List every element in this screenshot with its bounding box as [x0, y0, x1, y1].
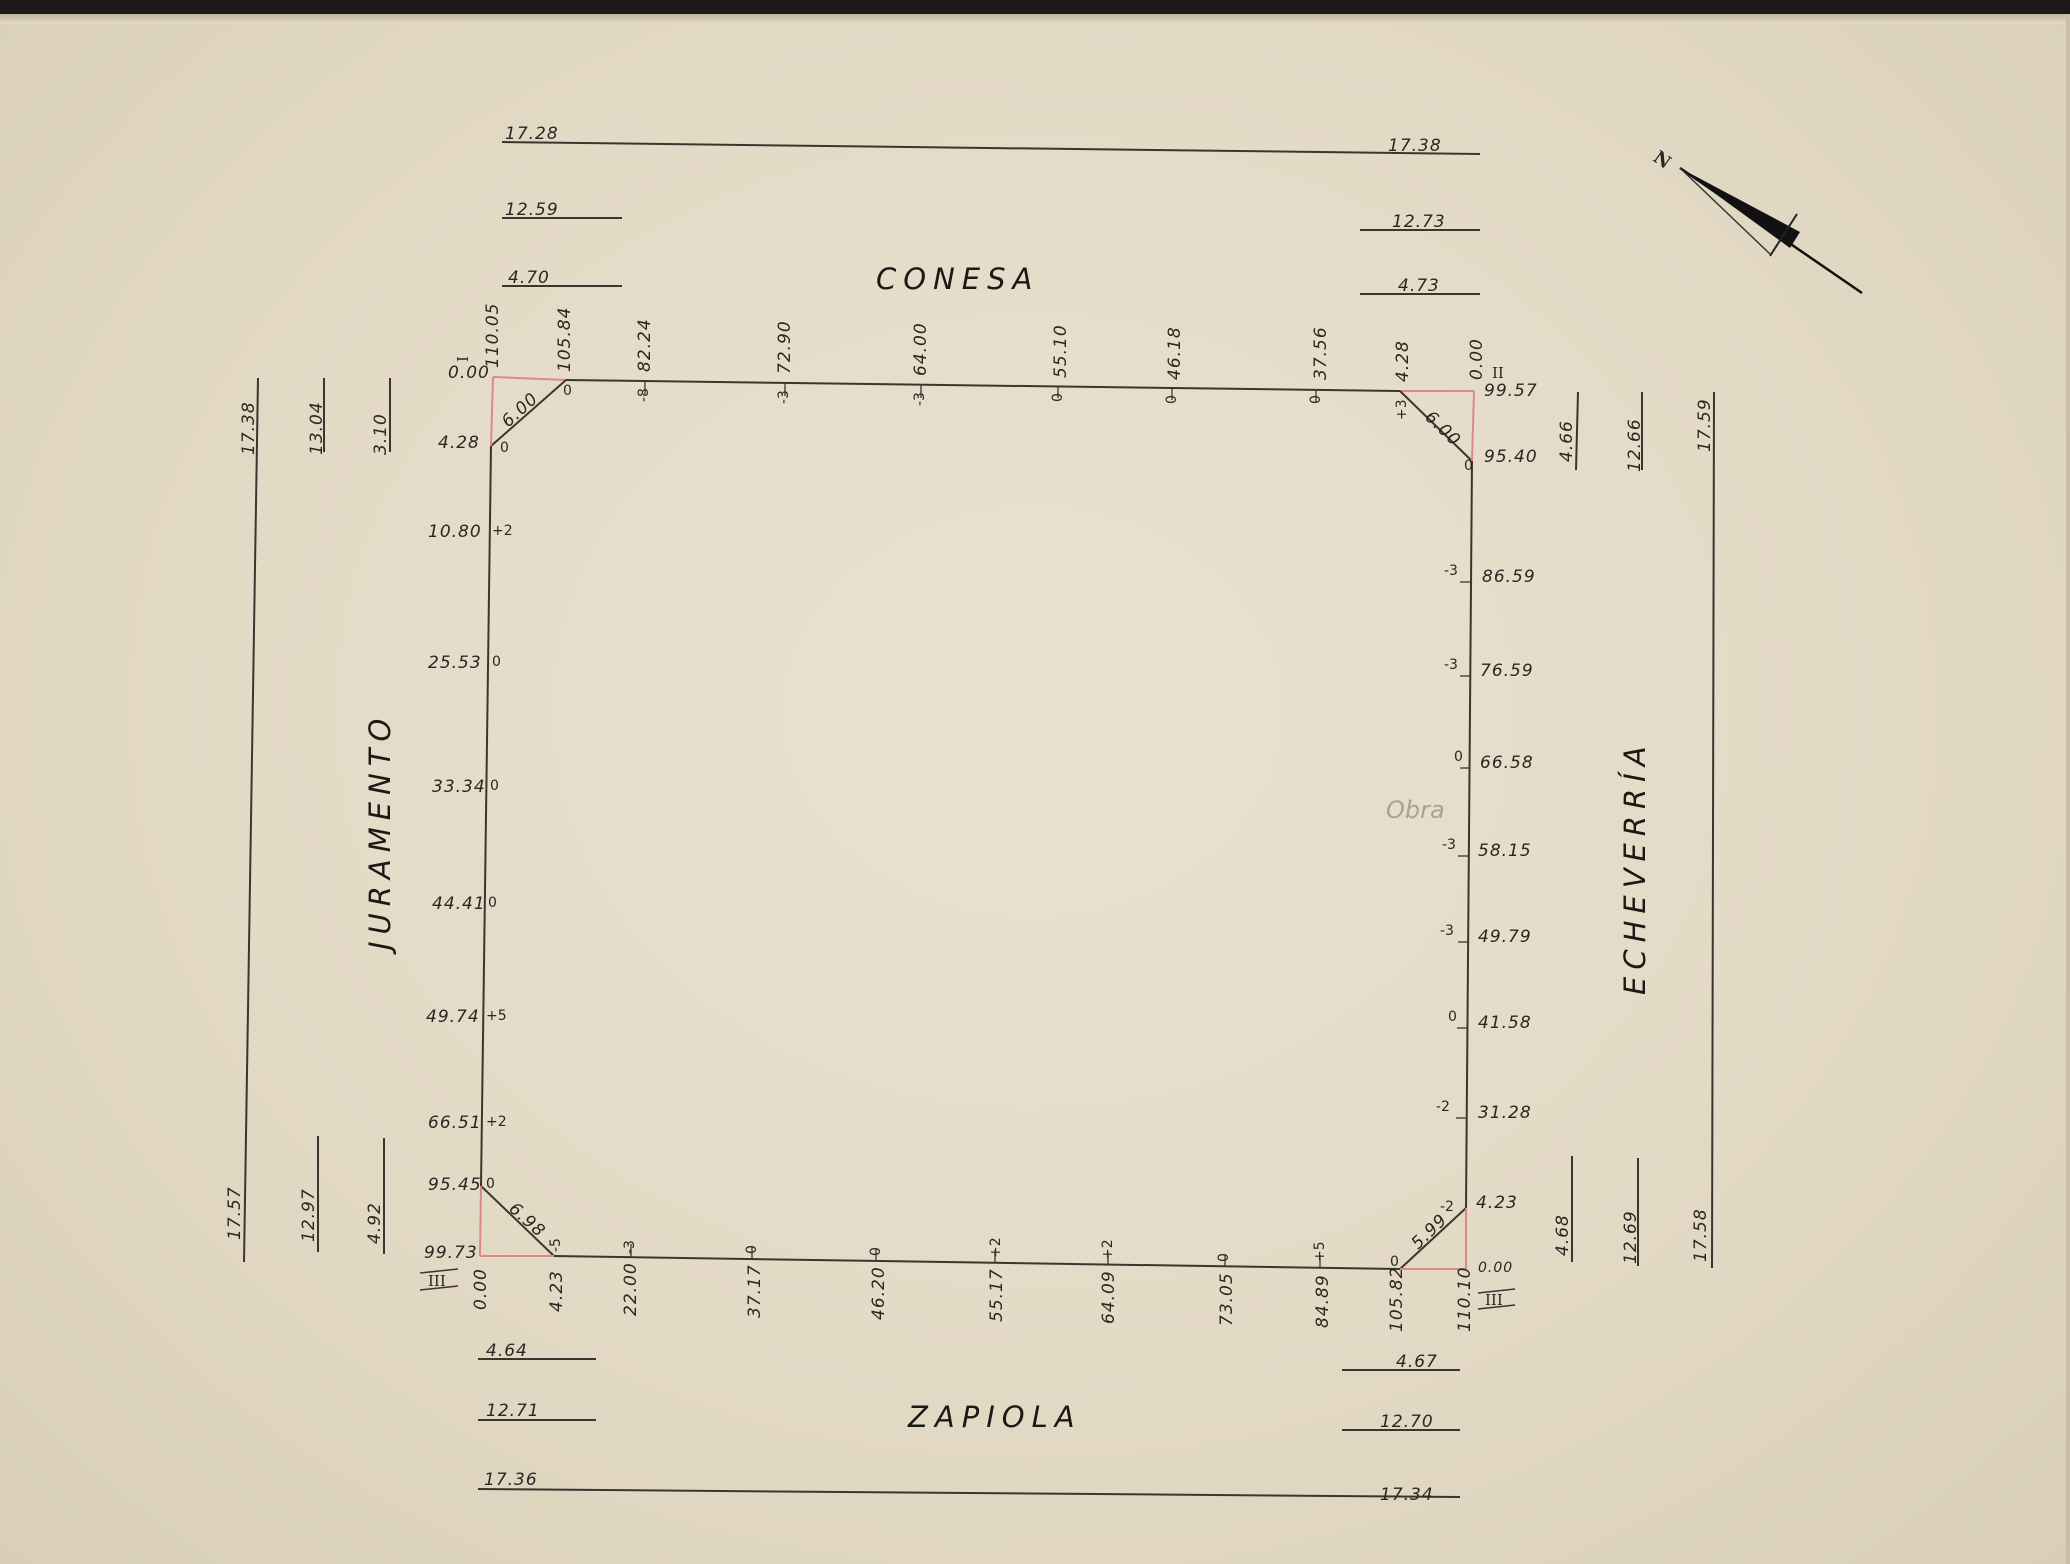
svg-text:46.18: 46.18	[1165, 326, 1185, 380]
corner-label-I: I	[454, 356, 472, 362]
svg-text:0: 0	[490, 778, 499, 794]
svg-text:64.00: 64.00	[911, 322, 931, 376]
svg-text:-3: -3	[1444, 563, 1458, 579]
svg-text:99.57: 99.57	[1484, 381, 1538, 401]
svg-text:105.82: 105.82	[1387, 1267, 1407, 1332]
svg-text:0: 0	[1454, 749, 1463, 765]
svg-text:0: 0	[488, 895, 497, 911]
svg-text:86.59: 86.59	[1482, 567, 1536, 587]
west-edge-stations: 4.28 0 10.80 +2 25.53 0 33.34 0 44.41 0 …	[424, 433, 549, 1263]
svg-text:0: 0	[1216, 1253, 1232, 1262]
svg-text:17.36: 17.36	[484, 1470, 538, 1490]
svg-text:N: N	[1649, 147, 1675, 174]
svg-text:4.68: 4.68	[1553, 1214, 1573, 1256]
svg-text:37.56: 37.56	[1311, 326, 1331, 380]
svg-text:0.00: 0.00	[1478, 1260, 1513, 1276]
svg-text:66.58: 66.58	[1480, 753, 1534, 773]
block-outline	[480, 377, 1474, 1269]
south-edge-stations: 0.00 4.23 -5 22.00 -3 37.17 0 46.20 0 55…	[471, 1237, 1475, 1332]
chamfer-sw: 6.98	[505, 1199, 549, 1242]
chamfer-nw: 6.00	[498, 389, 542, 432]
street-name-north: CONESA	[876, 262, 1039, 296]
svg-text:22.00: 22.00	[621, 1262, 641, 1316]
chamfer-ne: 6.00	[1421, 407, 1465, 450]
svg-text:84.89: 84.89	[1313, 1274, 1333, 1328]
svg-text:4.28: 4.28	[438, 433, 480, 453]
svg-text:4.67: 4.67	[1396, 1352, 1438, 1372]
svg-text:49.79: 49.79	[1478, 927, 1532, 947]
svg-text:12.71: 12.71	[486, 1401, 540, 1421]
obra-note: Obra	[1386, 796, 1445, 824]
survey-plan: 17.28 17.38 12.59 12.73 4.70 4.73 CONESA…	[0, 0, 2070, 1564]
north-edge-stations: 0.00 110.05 105.84 0 82.24 -8 72.90 -3 6…	[448, 303, 1487, 451]
east-edge-stations: 99.57 95.40 0 86.59 -3 76.59 -3 66.58 0 …	[1408, 381, 1538, 1276]
svg-text:17.34: 17.34	[1380, 1485, 1434, 1505]
corner-label-II: II	[1492, 364, 1504, 382]
svg-text:0.00: 0.00	[471, 1268, 491, 1310]
svg-text:-8: -8	[636, 388, 652, 402]
svg-text:4.28: 4.28	[1393, 340, 1413, 382]
svg-text:55.10: 55.10	[1051, 324, 1071, 378]
svg-text:0: 0	[500, 440, 509, 456]
svg-text:-3: -3	[776, 390, 792, 404]
svg-text:+5: +5	[486, 1008, 507, 1024]
svg-text:-2: -2	[1436, 1099, 1450, 1115]
svg-text:-3: -3	[1440, 923, 1454, 939]
svg-text:0: 0	[492, 654, 501, 670]
street-name-south: ZAPIOLA	[907, 1400, 1082, 1434]
svg-text:4.66: 4.66	[1557, 420, 1577, 462]
svg-text:82.24: 82.24	[635, 318, 655, 372]
svg-text:4.64: 4.64	[486, 1341, 528, 1361]
svg-text:58.15: 58.15	[1478, 841, 1532, 861]
svg-text:76.59: 76.59	[1480, 661, 1534, 681]
svg-text:+2: +2	[492, 523, 513, 539]
svg-text:17.38: 17.38	[239, 401, 259, 455]
svg-text:10.80: 10.80	[428, 522, 482, 542]
svg-text:12.70: 12.70	[1380, 1412, 1434, 1432]
svg-text:4.92: 4.92	[365, 1202, 385, 1244]
svg-text:73.05: 73.05	[1217, 1272, 1237, 1326]
svg-text:99.73: 99.73	[424, 1243, 478, 1263]
svg-text:4.23: 4.23	[547, 1270, 567, 1312]
svg-text:0: 0	[1464, 458, 1473, 474]
corner-label-III-left: III	[420, 1269, 458, 1290]
svg-text:41.58: 41.58	[1478, 1013, 1532, 1033]
svg-text:55.17: 55.17	[987, 1268, 1007, 1322]
chamfer-se: 5.99	[1408, 1210, 1452, 1253]
width-north-right-3: 4.73	[1398, 276, 1440, 296]
svg-text:64.09: 64.09	[1099, 1270, 1119, 1324]
svg-text:17.58: 17.58	[1691, 1208, 1711, 1262]
svg-text:4.23: 4.23	[1476, 1193, 1518, 1213]
svg-text:49.74: 49.74	[426, 1007, 480, 1027]
svg-text:44.41: 44.41	[432, 894, 486, 914]
width-north-left-2: 12.59	[505, 200, 559, 220]
svg-text:0: 0	[563, 383, 572, 399]
svg-text:33.34: 33.34	[432, 777, 486, 797]
svg-text:110.05: 110.05	[483, 303, 503, 368]
svg-text:+3: +3	[1394, 399, 1410, 420]
svg-text:12.97: 12.97	[299, 1188, 319, 1242]
width-north-right-1: 17.38	[1388, 136, 1442, 156]
svg-text:12.66: 12.66	[1625, 418, 1645, 472]
svg-text:0.00: 0.00	[1467, 338, 1487, 380]
svg-text:110.10: 110.10	[1455, 1267, 1475, 1332]
width-north-right-2: 12.73	[1392, 212, 1446, 232]
svg-text:+2: +2	[988, 1237, 1004, 1258]
street-name-west: JURAMENTO	[363, 712, 397, 955]
svg-text:-3: -3	[1444, 657, 1458, 673]
svg-text:37.17: 37.17	[745, 1264, 765, 1318]
svg-text:31.28: 31.28	[1478, 1103, 1532, 1123]
svg-text:66.51: 66.51	[428, 1113, 482, 1133]
svg-text:17.59: 17.59	[1695, 398, 1715, 452]
street-name-east: ECHEVERRÍA	[1618, 739, 1652, 995]
corner-label-III-right: III	[1478, 1289, 1515, 1309]
svg-text:95.40: 95.40	[1484, 447, 1538, 467]
svg-text:95.45: 95.45	[428, 1175, 482, 1195]
svg-text:0: 0	[1390, 1254, 1399, 1270]
svg-text:-2: -2	[1440, 1199, 1454, 1215]
width-north-left-1: 17.28	[505, 124, 559, 144]
svg-text:25.53: 25.53	[428, 653, 482, 673]
svg-text:13.04: 13.04	[307, 401, 327, 455]
svg-text:-5: -5	[548, 1238, 564, 1252]
north-arrow-icon: N	[1649, 147, 1862, 293]
svg-text:72.90: 72.90	[775, 320, 795, 374]
width-north-left-3: 4.70	[508, 268, 550, 288]
svg-text:0: 0	[486, 1176, 495, 1192]
svg-text:12.69: 12.69	[1621, 1210, 1641, 1264]
svg-text:105.84: 105.84	[555, 307, 575, 372]
svg-text:-3: -3	[622, 1240, 638, 1254]
svg-text:3.10: 3.10	[371, 413, 391, 455]
svg-text:17.57: 17.57	[225, 1186, 245, 1240]
svg-text:0: 0	[1448, 1009, 1457, 1025]
svg-text:-3: -3	[1442, 837, 1456, 853]
svg-text:-3: -3	[912, 392, 928, 406]
svg-text:+2: +2	[486, 1114, 507, 1130]
svg-text:46.20: 46.20	[869, 1266, 889, 1320]
